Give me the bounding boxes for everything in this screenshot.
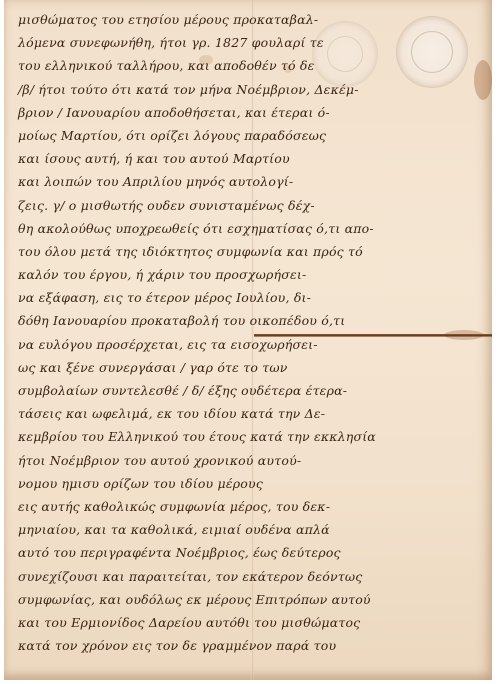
- text-line: καλόν του έργου, ή χάριν του προσχωρήσει…: [18, 263, 408, 286]
- text-line: συνεχίζουσι και παραιτείται, τον εκάτερο…: [18, 565, 408, 588]
- text-line: αυτό του περιγραφέντα Νοέμβριος, έως δεύ…: [18, 541, 408, 564]
- text-line: μηνιαίου, και τα καθολικά, ειμιαί ουδένα…: [18, 518, 408, 541]
- text-line: /β/ ήτοι τούτο ότι κατά τον μήνα Νοέμβρι…: [18, 78, 408, 101]
- text-line: συμφωνίας, και ουδόλως εκ μέρους Επιτρόπ…: [18, 588, 408, 611]
- edge-stain: [474, 60, 492, 100]
- text-line: να εξάφαση, εις το έτερον μέρος Ιουλίου,…: [18, 286, 408, 309]
- text-line: λόμενα συνεφωνήθη, ήτοι γρ. 1827 φουλαρί…: [18, 31, 408, 54]
- text-line: μισθώματος του ετησίου μέρους προκαταβαλ…: [18, 8, 408, 31]
- text-line: εις αυτής καθολικώς συμφωνία μέρος, του …: [18, 495, 408, 518]
- text-line: του ελληνικού ταλλήρου, και αποδοθέν τό …: [18, 54, 408, 77]
- text-line: ζεις. γ/ ο μισθωτής ουδεν συνισταμένως δ…: [18, 194, 408, 217]
- scan-margin-bottom: [0, 680, 500, 684]
- text-line: κατά τον χρόνον εις τον δε γραμμένον παρ…: [18, 634, 408, 657]
- text-line: και λοιπών του Απριλίου μηνός αυτολογί-: [18, 170, 408, 193]
- scan-margin-right: [492, 0, 500, 684]
- text-line: νομου ημισυ ορίζων του ιδίου μέρους: [18, 472, 408, 495]
- text-line: να ευλόγου προσέρχεται, εις τα εισοχωρήσ…: [18, 333, 408, 356]
- text-line: κεμβρίου του Ελληνικού του έτους κατά τη…: [18, 425, 408, 448]
- seal-inner-ring: [411, 31, 453, 73]
- text-line: συμβολαίων συντελεσθέ / δ/ έξης ουδέτερα…: [18, 379, 408, 402]
- text-line: ως και ξένε συνεργάσαι / γαρ ότε το των: [18, 356, 408, 379]
- handwritten-text-block: μισθώματος του ετησίου μέρους προκαταβαλ…: [18, 8, 408, 657]
- text-line: του όλου μετά της ιδιόκτητος συμφωνία κα…: [18, 240, 408, 263]
- text-line: δόθη Ιανουαρίου προκαταβολή του οικοπέδο…: [18, 309, 408, 332]
- text-line: μοίως Μαρτίου, ότι ορίζει λόγους παραδόσ…: [18, 124, 408, 147]
- text-line: θη ακολούθως υποχρεωθείς ότι εσχηματίσας…: [18, 217, 408, 240]
- text-line: και του Ερμιονίδος Δαρείου αυτόθι του μι…: [18, 611, 408, 634]
- manuscript-page: μισθώματος του ετησίου μέρους προκαταβαλ…: [4, 0, 492, 680]
- text-line: ήτοι Νοέμβριον του αυτού χρονικού αυτού-: [18, 449, 408, 472]
- text-line: βριον / Ιανουαρίου αποδοθήσεται, και έτε…: [18, 101, 408, 124]
- text-line: και ίσους αυτή, ή και του αυτού Μαρτίου: [18, 147, 408, 170]
- text-line: τάσεις και ωφελιμά, εκ του ιδίου κατά τη…: [18, 402, 408, 425]
